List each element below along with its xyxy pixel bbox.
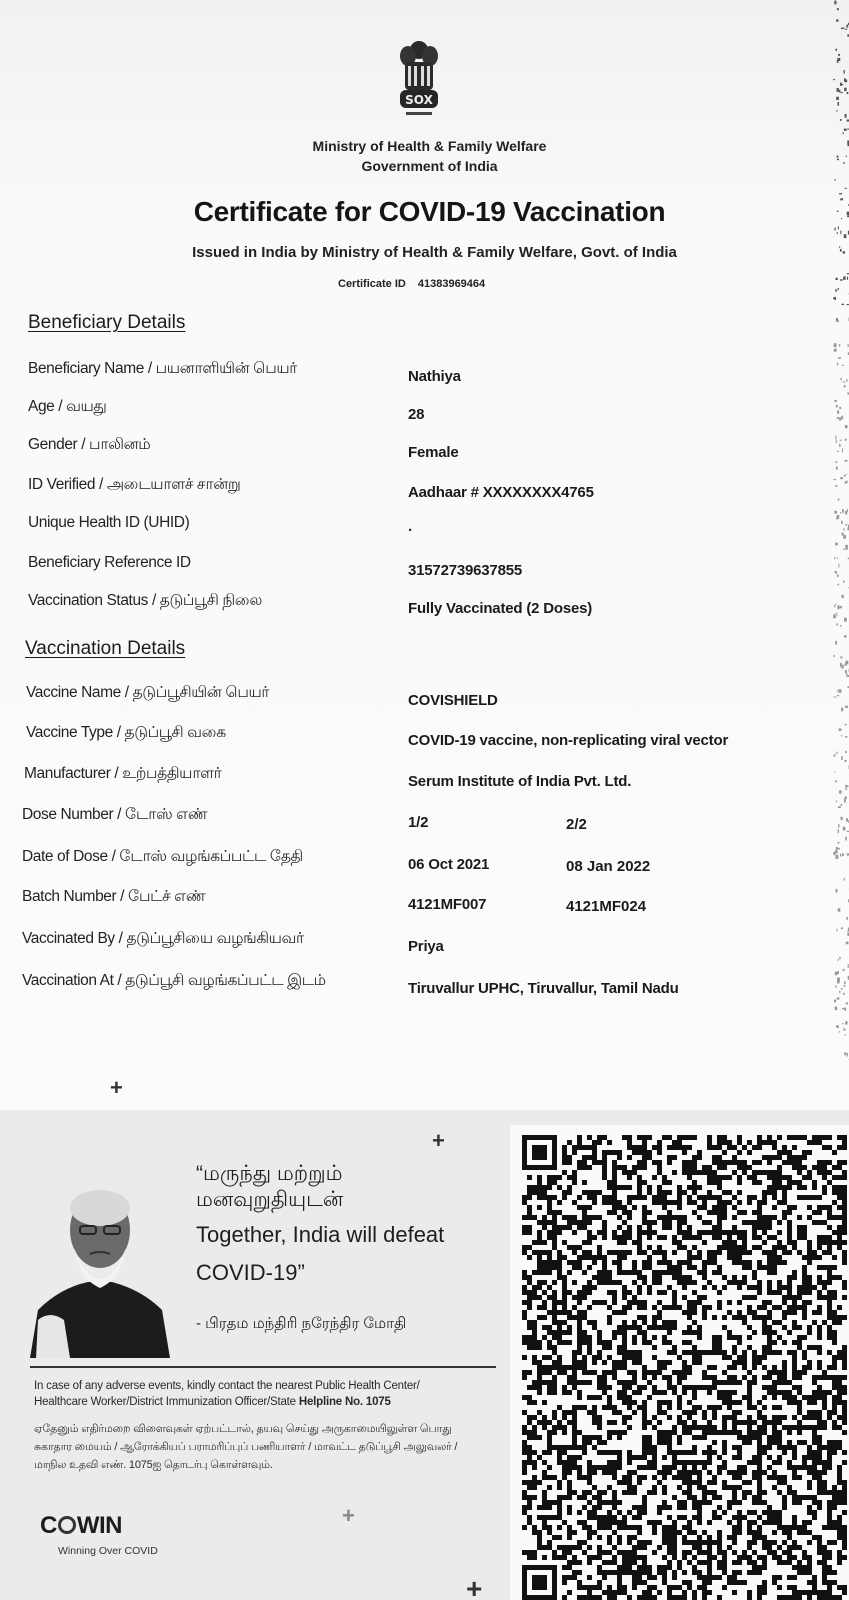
footer-divider xyxy=(30,1366,496,1368)
row-value: 28 xyxy=(408,406,424,423)
vaccination-details-heading: Vaccination Details xyxy=(25,638,185,660)
row-value: 06 Oct 2021 xyxy=(408,856,489,873)
row-label: Vaccination At / தடுப்பூசி வழங்கப்பட்ட இ… xyxy=(22,972,326,991)
quote-english-line1: Together, India will defeat xyxy=(196,1222,444,1248)
row-value-dose2: 08 Jan 2022 xyxy=(566,858,650,875)
scan-edge-artifact xyxy=(819,0,849,1060)
certificate-subtitle: Issued in India by Ministry of Health & … xyxy=(0,244,849,261)
helpline-number: Helpline No. 1075 xyxy=(299,1396,391,1408)
row-label: Beneficiary Name / பயனாளியின் பெயர் xyxy=(28,360,297,379)
row-label: Vaccine Type / தடுப்பூசி வகை xyxy=(26,724,226,743)
row-value: 4121MF007 xyxy=(408,896,486,913)
row-value-dose2: 2/2 xyxy=(566,816,587,833)
row-label: Gender / பாலினம் xyxy=(28,436,150,455)
row-value: Priya xyxy=(408,938,444,955)
notice-line: சுகாதார மையம் / ஆரோக்கியப் பராமரிப்புப் … xyxy=(34,1438,504,1456)
certificate-title: Certificate for COVID-19 Vaccination xyxy=(0,196,849,228)
crosshair-mark-icon: + xyxy=(466,1575,482,1600)
notice-line: In case of any adverse events, kindly co… xyxy=(34,1378,504,1394)
row-label: ID Verified / அடையாளச் சான்று xyxy=(28,476,240,495)
qr-code-panel xyxy=(510,1125,849,1600)
row-label: Vaccinated By / தடுப்பூசியை வழங்கியவர் xyxy=(22,930,304,949)
ministry-name: Ministry of Health & Family Welfare xyxy=(0,138,849,154)
quote-tamil-line1: “மருந்து மற்றும் xyxy=(196,1162,343,1186)
certificate-id-value: 41383969464 xyxy=(418,278,485,290)
government-name: Government of India xyxy=(0,158,849,174)
quote-english-line2: COVID-19” xyxy=(196,1260,305,1286)
row-value: 31572739637855 xyxy=(408,562,522,579)
row-value: 1/2 xyxy=(408,814,428,831)
cowin-o-icon xyxy=(58,1516,76,1534)
row-value: COVISHIELD xyxy=(408,692,498,709)
cowin-logo: CWIN xyxy=(40,1512,122,1540)
cowin-logo-win: WIN xyxy=(77,1512,122,1539)
row-label: Batch Number / பேட்ச் எண் xyxy=(22,888,205,907)
beneficiary-details-heading: Beneficiary Details xyxy=(28,312,185,334)
row-label: Vaccination Status / தடுப்பூசி நிலை xyxy=(28,592,262,611)
prime-minister-portrait xyxy=(30,1170,170,1358)
crosshair-mark-icon: + xyxy=(342,1505,355,1527)
row-value: Tiruvallur UPHC, Tiruvallur, Tamil Nadu xyxy=(408,980,679,997)
row-value-dose2: 4121MF024 xyxy=(566,898,646,915)
crosshair-mark-icon: + xyxy=(110,1077,123,1099)
notice-text: Healthcare Worker/District Immunization … xyxy=(34,1396,299,1408)
notice-line: ஏதேனும் எதிர்மறை விளைவுகள் ஏற்பட்டால், த… xyxy=(34,1420,504,1438)
row-label: Dose Number / டோஸ் எண் xyxy=(22,806,207,825)
adverse-events-notice-tamil: ஏதேனும் எதிர்மறை விளைவுகள் ஏற்பட்டால், த… xyxy=(34,1420,504,1474)
row-value: Aadhaar # XXXXXXXX4765 xyxy=(408,484,594,501)
cowin-logo-c: C xyxy=(40,1512,57,1539)
cowin-tagline: Winning Over COVID xyxy=(58,1545,158,1557)
svg-text:SOX: SOX xyxy=(405,93,433,107)
row-label: Vaccine Name / தடுப்பூசியின் பெயர் xyxy=(26,684,269,703)
certificate-id-label: Certificate ID xyxy=(338,278,406,290)
crosshair-mark-icon: + xyxy=(432,1130,445,1152)
adverse-events-notice-english: In case of any adverse events, kindly co… xyxy=(34,1378,504,1410)
row-value: COVID-19 vaccine, non-replicating viral … xyxy=(408,732,728,749)
notice-line: Healthcare Worker/District Immunization … xyxy=(34,1394,504,1410)
certificate-id: Certificate ID41383969464 xyxy=(338,278,485,290)
row-value: · xyxy=(408,522,413,539)
qr-code-icon[interactable] xyxy=(522,1135,849,1600)
quote-tamil-line2: மனவுறுதியுடன் xyxy=(196,1188,343,1212)
row-label: Beneficiary Reference ID xyxy=(28,554,191,572)
quote-attribution: - பிரதம மந்திரி நரேந்திர மோதி xyxy=(196,1315,406,1334)
row-label: Manufacturer / உற்பத்தியாளர் xyxy=(24,765,221,784)
row-value: Nathiya xyxy=(408,368,461,385)
row-value: Serum Institute of India Pvt. Ltd. xyxy=(408,773,631,790)
row-label: Age / வயது xyxy=(28,398,106,417)
row-value: Fully Vaccinated (2 Doses) xyxy=(408,600,592,617)
national-emblem-icon: SOX xyxy=(392,36,446,120)
notice-line: மாநில உதவி எண். 1075ஐ தொடர்பு கொள்ளவும். xyxy=(34,1456,504,1474)
row-label: Date of Dose / டோஸ் வழங்கப்பட்ட தேதி xyxy=(22,848,303,867)
row-label: Unique Health ID (UHID) xyxy=(28,514,189,532)
row-value: Female xyxy=(408,444,459,461)
